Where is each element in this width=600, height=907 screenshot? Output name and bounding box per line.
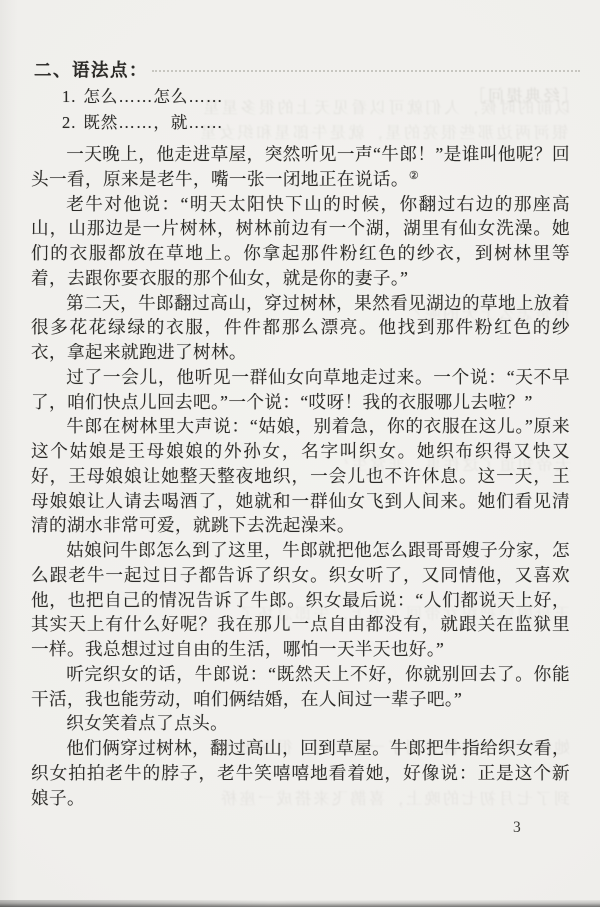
- footnote-mark: ②: [409, 170, 419, 182]
- textbook-page: ［经典提问］ 以前的时候，人们就可以看见天上的很多星星 银河两边那些很亮的星，就…: [0, 0, 600, 907]
- grammar-item-pattern: 怎么……怎么……: [83, 87, 223, 106]
- section-heading: 二、语法点：: [34, 57, 148, 82]
- grammar-item-number: 2.: [62, 113, 76, 132]
- story-paragraph: 牛郎在树林里大声说：“姑娘，别着急，你的衣服在这儿。”原来这个姑娘是王母娘娘的外…: [31, 414, 570, 538]
- story-text: 一天晚上，他走进草屋，突然听见一声“牛郎！”是谁叫他呢？回头一看，原来是老牛，嘴…: [31, 142, 570, 810]
- story-paragraph: 他们俩穿过树林，翻过高山，回到草屋。牛郎把牛指给织女看，织女拍拍老牛的脖子，老牛…: [31, 736, 570, 810]
- story-paragraph: 织女笑着点了点头。: [31, 711, 570, 736]
- story-paragraph-text: 一天晚上，他走进草屋，突然听见一声“牛郎！”是谁叫他呢？回头一看，原来是老牛，嘴…: [31, 144, 570, 189]
- grammar-item: 2.既然……，就……: [62, 110, 223, 136]
- story-paragraph: 老牛对他说：“明天太阳快下山的时候，你翻过右边的那座高山，山那边是一片树林，树林…: [31, 192, 570, 291]
- grammar-point-list: 1.怎么……怎么…… 2.既然……，就……: [62, 84, 223, 135]
- dotted-rule: [152, 70, 580, 72]
- grammar-item-pattern: 既然……，就……: [83, 113, 223, 132]
- story-paragraph: 一天晚上，他走进草屋，突然听见一声“牛郎！”是谁叫他呢？回头一看，原来是老牛，嘴…: [31, 142, 570, 192]
- story-paragraph: 过了一会儿，他听见一群仙女向草地走过来。一个说：“天不早了，咱们快点儿回去吧。”…: [31, 365, 570, 415]
- story-paragraph: 第二天，牛郎翻过高山，穿过树林，果然看见湖边的草地上放着很多花花绿绿的衣服，件件…: [31, 291, 570, 365]
- bleedthrough-text: ［经典提问］: [296, 83, 578, 106]
- grammar-item: 1.怎么……怎么……: [62, 84, 223, 110]
- grammar-item-number: 1.: [62, 87, 76, 106]
- scan-edge-shadow: [0, 900, 600, 907]
- story-paragraph: 姑娘问牛郎怎么到了这里，牛郎就把他怎么跟哥哥嫂子分家，怎么跟老牛一起过日子都告诉…: [31, 538, 570, 662]
- story-paragraph: 听完织女的话，牛郎说：“既然天上不好，你就别回去了。你能干活，我也能劳动，咱们俩…: [31, 662, 570, 712]
- page-number: 3: [513, 819, 521, 837]
